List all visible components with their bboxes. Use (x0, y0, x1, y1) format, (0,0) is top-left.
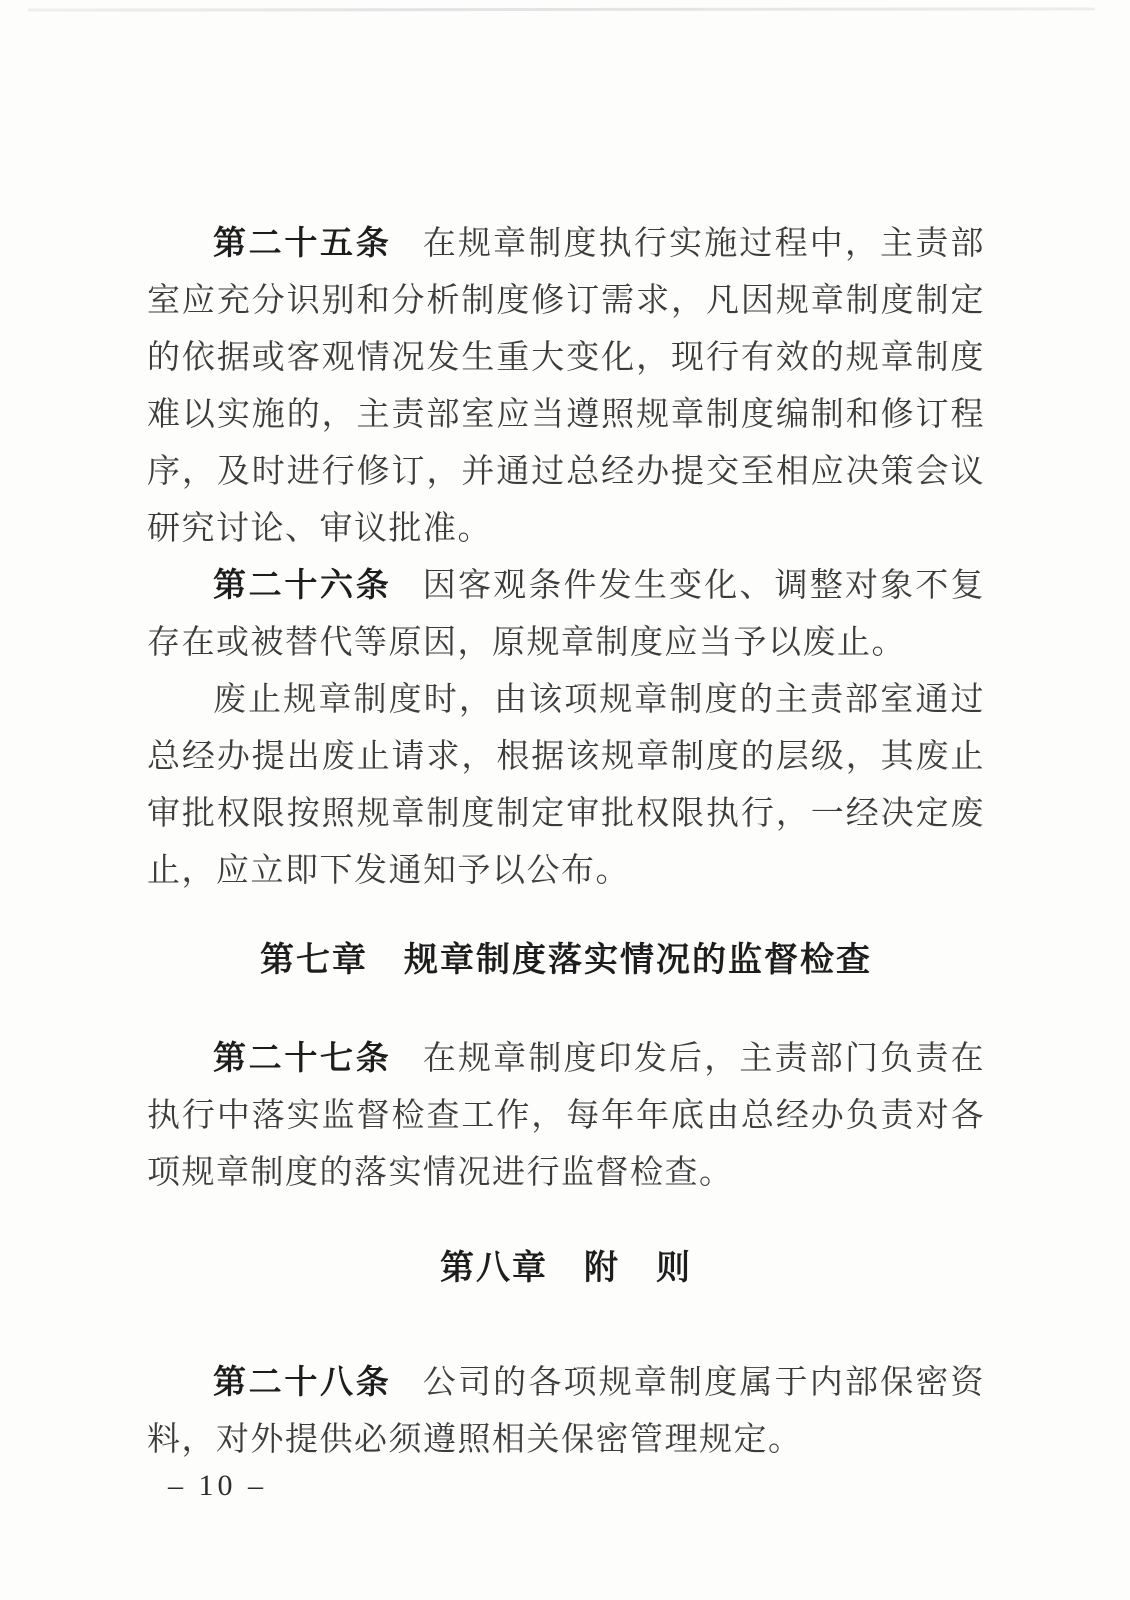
scan-artifact-line (28, 7, 1095, 11)
article-25-text: 在规章制度执行实施过程中，主责部室应充分识别和分析制度修订需求，凡因规章制度制定… (147, 226, 985, 547)
document-body: 第二十五条在规章制度执行实施过程中，主责部室应充分识别和分析制度修订需求，凡因规… (147, 216, 985, 1469)
article-27-number: 第二十七条 (213, 1041, 391, 1077)
article-26-number: 第二十六条 (213, 568, 391, 604)
page-number: – 10 – (168, 1466, 267, 1506)
repeal-procedure-text: 废止规章制度时，由该项规章制度的主责部室通过总经办提出废止请求，根据该规章制度的… (147, 682, 985, 889)
article-25-number: 第二十五条 (213, 226, 391, 262)
repeal-procedure-paragraph: 废止规章制度时，由该项规章制度的主责部室通过总经办提出废止请求，根据该规章制度的… (147, 672, 985, 900)
document-page: 第二十五条在规章制度执行实施过程中，主责部室应充分识别和分析制度修订需求，凡因规… (0, 0, 1130, 1600)
article-28-number: 第二十八条 (213, 1365, 391, 1401)
article-25-paragraph: 第二十五条在规章制度执行实施过程中，主责部室应充分识别和分析制度修订需求，凡因规… (147, 216, 985, 558)
article-26-paragraph: 第二十六条因客观条件发生变化、调整对象不复存在或被替代等原因，原规章制度应当予以… (147, 558, 985, 672)
chapter-8-heading: 第八章 附 则 (147, 1240, 985, 1297)
article-28-paragraph: 第二十八条公司的各项规章制度属于内部保密资料，对外提供必须遵照相关保密管理规定。 (147, 1355, 985, 1469)
article-27-paragraph: 第二十七条在规章制度印发后，主责部门负责在执行中落实监督检查工作，每年年底由总经… (147, 1031, 985, 1202)
chapter-7-heading: 第七章 规章制度落实情况的监督检查 (147, 932, 985, 989)
